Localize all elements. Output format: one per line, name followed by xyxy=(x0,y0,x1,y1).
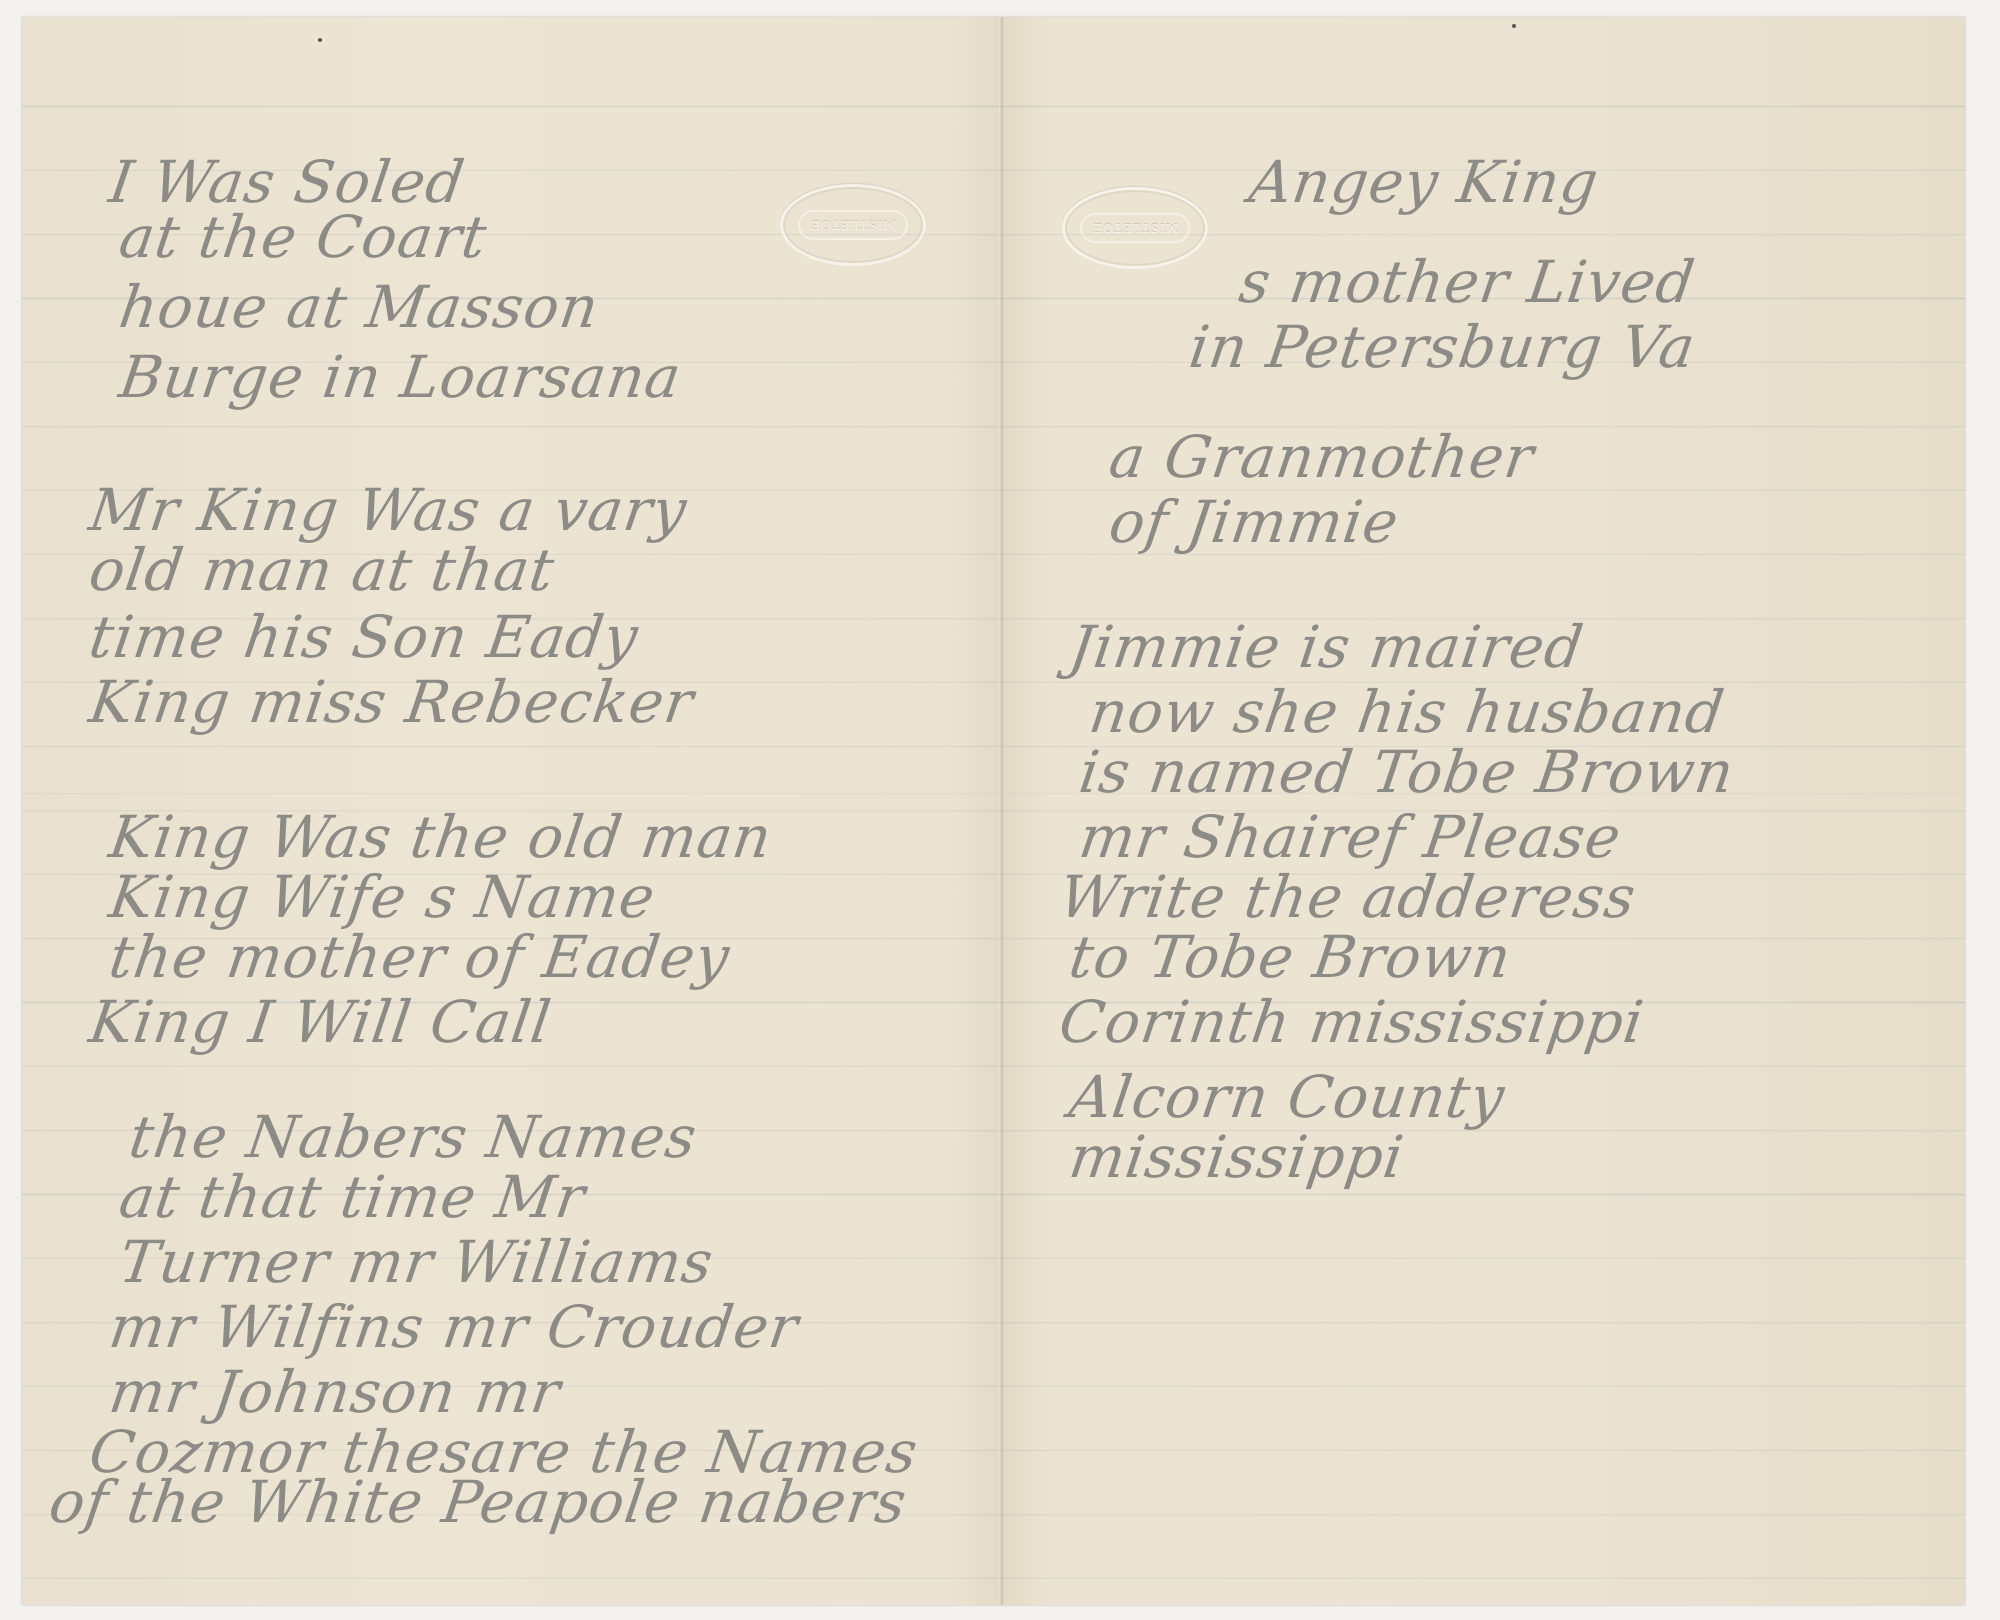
text-line: now she his husband xyxy=(1086,680,1729,744)
paper-speck xyxy=(1512,24,1516,28)
text-line: a Granmother xyxy=(1106,425,1539,489)
text-line: old man at that xyxy=(86,538,559,602)
text-line: Angey King xyxy=(1246,150,1603,214)
text-line: at that time Mr xyxy=(116,1165,590,1229)
text-line: the Nabers Names xyxy=(126,1105,702,1169)
text-line: Mr King Was a vary xyxy=(86,478,692,542)
text-line: Jimmie is maired xyxy=(1066,615,1588,679)
text-line: mr Wilfins mr Crouder xyxy=(106,1295,803,1359)
text-line: houe at Masson xyxy=(116,275,603,339)
text-line: time his Son Eady xyxy=(86,605,643,669)
text-line: of Jimmie xyxy=(1106,490,1403,554)
text-line: King I Will Call xyxy=(86,990,556,1054)
text-line: Write the adderess xyxy=(1056,865,1641,929)
paper-speck xyxy=(318,38,322,42)
text-line: s mother Lived xyxy=(1236,250,1700,314)
text-line: Burge in Loarsana xyxy=(116,345,686,409)
text-line: Turner mr Williams xyxy=(116,1230,718,1294)
text-line: mr Shairef Please xyxy=(1076,805,1626,869)
text-line: King Was the old man xyxy=(106,805,777,869)
text-line: Corinth mississippi xyxy=(1056,990,1649,1054)
text-line: at the Coart xyxy=(116,205,492,269)
text-line: the mother of Eadey xyxy=(106,925,734,989)
text-line: is named Tobe Brown xyxy=(1076,740,1739,804)
text-line: King miss Rebecker xyxy=(86,670,698,734)
text-line: in Petersburg Va xyxy=(1186,315,1700,379)
center-fold xyxy=(999,17,1005,1605)
text-line: mississippi xyxy=(1066,1125,1409,1189)
document-scan: MISTLETOE MISTLETOE I Was Soled at the C… xyxy=(0,0,2000,1620)
text-line: King Wife s Name xyxy=(106,865,660,929)
text-line: to Tobe Brown xyxy=(1066,925,1516,989)
emboss-stamp-right: MISTLETOE xyxy=(1062,187,1208,269)
text-line: mr Johnson mr xyxy=(106,1360,565,1424)
text-line: of the White Peapole nabers xyxy=(46,1470,911,1534)
emboss-stamp-left: MISTLETOE xyxy=(780,184,926,266)
text-line: Alcorn County xyxy=(1066,1065,1509,1129)
